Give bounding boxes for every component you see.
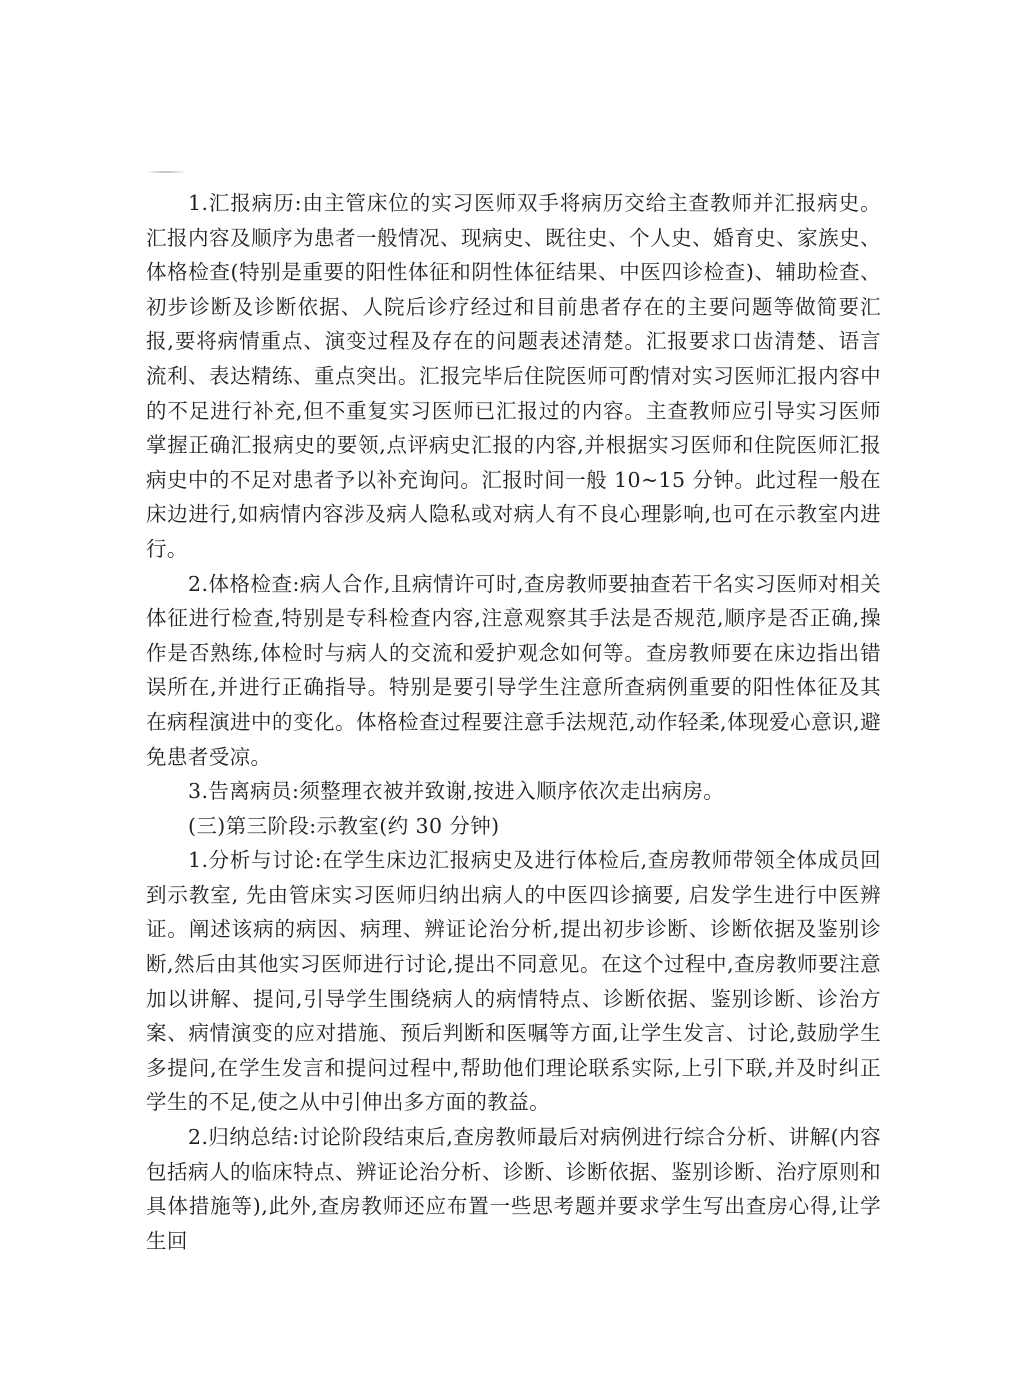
document-body: 1.汇报病历:由主管床位的实习医师双手将病历交给主查教师并汇报病史。汇报内容及顺… <box>146 186 881 1258</box>
paragraph-leave-ward: 3.告离病员:须整理衣被并致谢,按进入顺序依次走出病房。 <box>146 774 881 809</box>
section-heading-stage-three: (三)第三阶段:示教室(约 30 分钟) <box>146 809 881 844</box>
paragraph-physical-exam: 2.体格检查:病人合作,且病情许可时,查房教师要抽查若干名实习医师对相关体征进行… <box>146 567 881 775</box>
paragraph-summary: 2.归纳总结:讨论阶段结束后,查房教师最后对病例进行综合分析、讲解(内容包括病人… <box>146 1120 881 1258</box>
paragraph-report-history: 1.汇报病历:由主管床位的实习医师双手将病历交给主查教师并汇报病史。汇报内容及顺… <box>146 186 881 567</box>
paragraph-analysis-discussion: 1.分析与讨论:在学生床边汇报病史及进行体检后,查房教师带领全体成员回到示教室,… <box>146 843 881 1120</box>
scan-artifact-mark <box>146 171 186 173</box>
